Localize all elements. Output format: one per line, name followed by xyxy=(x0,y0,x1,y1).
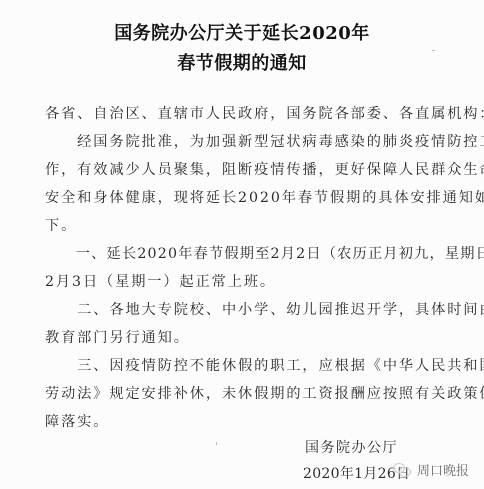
body-line: 教育部门另行通知。 xyxy=(45,327,190,347)
body-line: 二、各地大专院校、中小学、幼儿园推迟开学，具体时间由 xyxy=(45,299,484,319)
body-line: 三、因疫情防控不能休假的职工，应根据《中华人民共和国 xyxy=(45,355,484,375)
addressee: 各省、自治区、直辖市人民政府，国务院各部委、各直属机构： xyxy=(45,103,484,123)
body-line: 2月3日（星期一）起正常上班。 xyxy=(45,271,276,291)
signature-issuer: 国务院办公厅 xyxy=(305,437,398,457)
scan-speck xyxy=(432,50,435,51)
body-line: 障落实。 xyxy=(45,411,109,431)
body-line: 安全和身体健康，现将延长2020年春节假期的具体安排通知如 xyxy=(45,187,484,207)
document-page: 国务院办公厅关于延长2020年 春节假期的通知 各省、自治区、直辖市人民政府，国… xyxy=(0,0,484,489)
scan-speck xyxy=(216,442,217,445)
body-line: 下。 xyxy=(45,215,77,235)
watermark-source: 周口晚报 xyxy=(417,460,469,479)
document-title-line-1: 国务院办公厅关于延长2020年 xyxy=(0,19,484,45)
body-line: 一、延长2020年春节假期至2月2日（农历正月初九，星期日）， xyxy=(45,243,484,263)
body-line: 劳动法》规定安排补休，未休假期的工资报酬应按照有关政策保 xyxy=(45,383,484,403)
document-title-line-2: 春节假期的通知 xyxy=(0,49,484,75)
body-line: 经国务院批准，为加强新型冠状病毒感染的肺炎疫情防控工 xyxy=(45,131,484,151)
wechat-icon xyxy=(393,463,411,476)
watermark: 周口晚报 xyxy=(393,460,469,479)
body-line: 作，有效减少人员聚集，阻断疫情传播，更好保障人民群众生命 xyxy=(45,159,484,179)
